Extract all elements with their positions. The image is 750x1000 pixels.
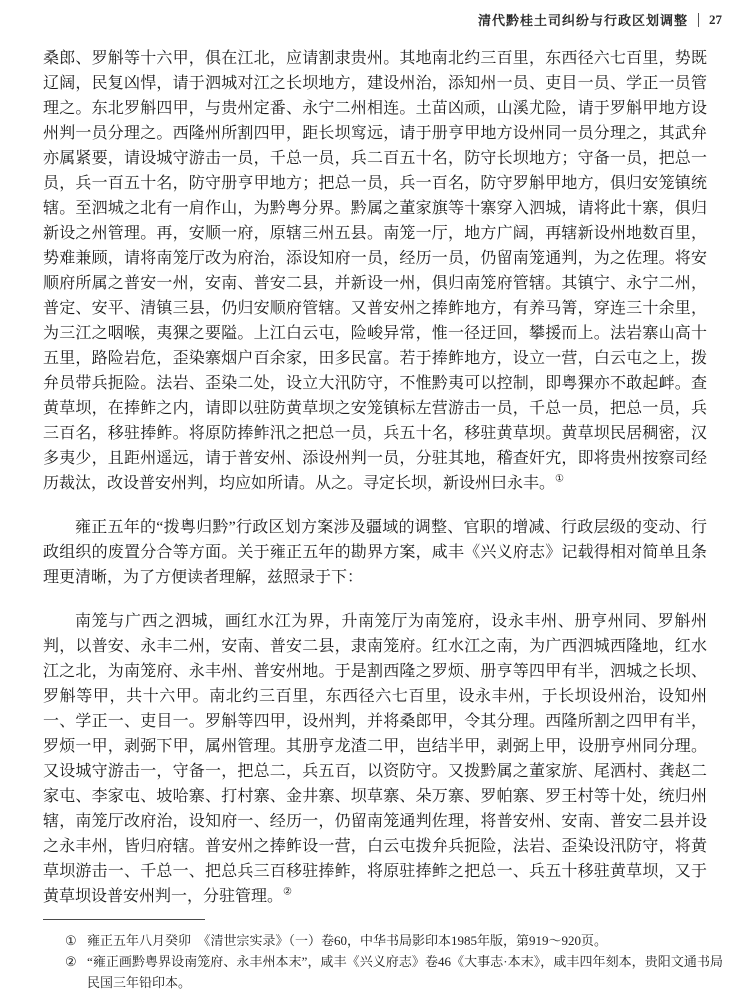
scanned-paper-page: 清代黔桂土司纠纷与行政区划调整 27 桑郎、罗斛等十六甲，俱在江北，应请割隶贵州… [0, 0, 750, 1000]
commentary-text: 雍正五年的“拨粤归黔”行政区划方案涉及疆域的调整、官职的增减、行政层级的变动、行… [43, 519, 707, 586]
footnote-ref-2: ② [283, 887, 292, 898]
running-header-title: 清代黔桂土司纠纷与行政区划调整 [478, 10, 688, 29]
footnote-text-1: 雍正五年八月癸卯 《清世宗实录》（一）卷60，中华书局影印本1985年版，第91… [87, 930, 723, 951]
shilu-quote-paragraph: 桑郎、罗斛等十六甲，俱在江北，应请割隶贵州。其地南北约三百里，东西径六七百里，势… [43, 46, 707, 496]
page-number: 27 [709, 12, 722, 28]
running-header: 清代黔桂土司纠纷与行政区划调整 27 [478, 10, 722, 29]
footnote-item-1: ① 雍正五年八月癸卯 《清世宗实录》（一）卷60，中华书局影印本1985年版，第… [43, 930, 723, 951]
commentary-paragraph: 雍正五年的“拨粤归黔”行政区划方案涉及疆域的调整、官职的增减、行政层级的变动、行… [43, 515, 707, 590]
fuzhi-quote-text: 南笼与广西之泗城，画红水江为界，升南笼厅为南笼府，设永丰州、册亨州同、罗斛州判，… [43, 613, 707, 905]
fuzhi-quote-paragraph: 南笼与广西之泗城，画红水江为界，升南笼厅为南笼府，设永丰州、册亨州同、罗斛州判，… [43, 609, 707, 909]
header-divider-bar [698, 13, 699, 27]
footnote-ref-1: ① [555, 474, 564, 485]
shilu-quote-text: 桑郎、罗斛等十六甲，俱在江北，应请割隶贵州。其地南北约三百里，东西径六七百里，势… [43, 50, 707, 492]
article-body: 桑郎、罗斛等十六甲，俱在江北，应请割隶贵州。其地南北约三百里，东西径六七百里，势… [43, 46, 707, 909]
footnote-section: ① 雍正五年八月癸卯 《清世宗实录》（一）卷60，中华书局影印本1985年版，第… [43, 919, 723, 993]
footnote-text-2: “雍正画黔粤界设南笼府、永丰州本末”，咸丰《兴义府志》卷46《大事志·本末》，咸… [87, 951, 723, 993]
footnote-marker-2: ② [65, 951, 87, 972]
footnote-item-2: ② “雍正画黔粤界设南笼府、永丰州本末”，咸丰《兴义府志》卷46《大事志·本末》… [43, 951, 723, 993]
footnote-divider-rule [43, 919, 205, 920]
footnote-marker-1: ① [65, 930, 87, 951]
